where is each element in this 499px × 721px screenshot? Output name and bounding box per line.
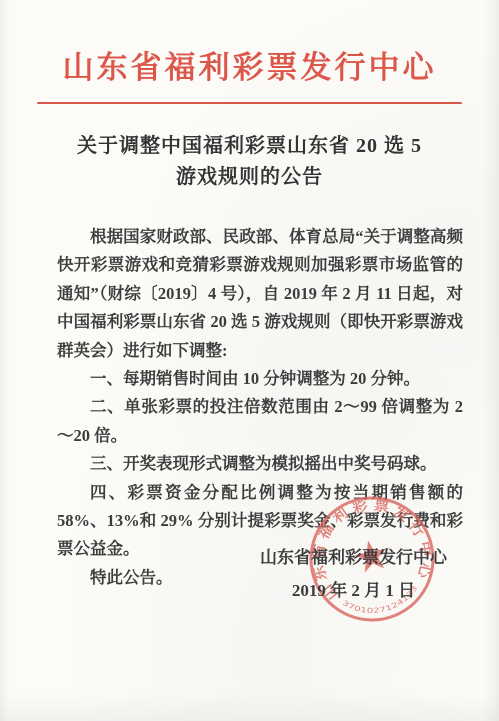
signature-block: 山东省福利彩票发行中心 2019 年 2 月 1 日	[260, 541, 447, 607]
letterhead-org-name: 山东省福利彩票发行中心	[0, 42, 499, 87]
signature-date: 2019 年 2 月 1 日	[260, 574, 447, 607]
announcement-title-line1: 关于调整中国福利彩票山东省 20 选 5	[0, 131, 499, 162]
letterhead-divider-line	[37, 102, 462, 104]
announcement-title-line2: 游戏规则的公告	[0, 162, 499, 193]
scanned-announcement-page: 山东省福利彩票发行中心 关于调整中国福利彩票山东省 20 选 5 游戏规则的公告…	[0, 0, 499, 721]
adjustment-item-2: 二、单张彩票的投注倍数范围由 2～99 倍调整为 2～20 倍。	[57, 393, 463, 450]
adjustment-item-1: 一、每期销售时间由 10 分钟调整为 20 分钟。	[57, 365, 463, 393]
announcement-title: 关于调整中国福利彩票山东省 20 选 5 游戏规则的公告	[0, 131, 499, 193]
intro-paragraph: 根据国家财政部、民政部、体育总局“关于调整高频快开彩票游戏和竞猜彩票游戏规则加强…	[57, 223, 463, 365]
signature-org-name: 山东省福利彩票发行中心	[260, 541, 447, 574]
adjustment-item-3: 三、开奖表现形式调整为模拟摇出中奖号码球。	[57, 450, 463, 478]
